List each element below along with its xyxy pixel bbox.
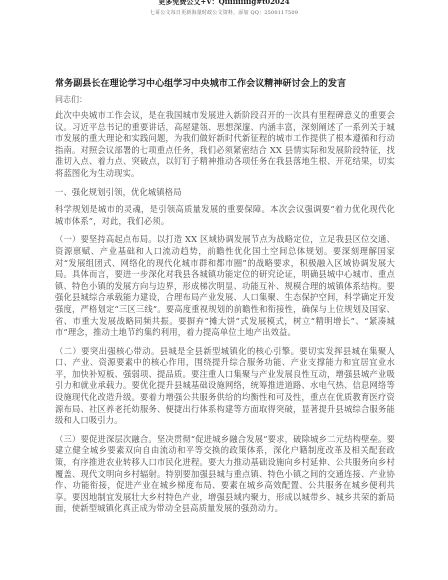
section-1-lead-paragraph: 科学规划是城市的灵魂，是引领高质量发展的重要保障。本次会议强调要“着力优化现代化… xyxy=(55,204,395,227)
section-heading-1: 一、强化规划引领，优化城镇格局 xyxy=(55,187,395,199)
greeting: 同志们： xyxy=(55,94,395,105)
watermark-line-1: 更多免费公文+V：Qiiiiiiiiiig#t02024 xyxy=(0,0,448,7)
watermark-line-2: 七哥公文每日更新海量时政公文资料，添加 QQ：2500117509 xyxy=(0,9,448,16)
paragraph-3: （三）要促进深层次融合。坚决贯彻“促进城乡融合发展”要求，破除城乡二元结构壁垒。… xyxy=(55,434,395,515)
intro-paragraph: 此次中央城市工作会议，是在我国城市发展进入新阶段召开的一次具有里程碑意义的重要会… xyxy=(55,110,395,180)
paragraph-1: （一）要坚持高起点布局。以打造 XX 区域协调发展节点为战略定位，立足我县区位交… xyxy=(55,234,395,338)
paragraph-2: （二）要突出强核心带动。县城是全县新型城镇化的核心引擎。要切实发挥县城在集聚人口… xyxy=(55,346,395,427)
document-title: 常务副县长在理论学习中心组学习中央城市工作会议精神研讨会上的发言 xyxy=(55,76,395,89)
document-body: 常务副县长在理论学习中心组学习中央城市工作会议精神研讨会上的发言 同志们： 此次… xyxy=(55,76,395,515)
